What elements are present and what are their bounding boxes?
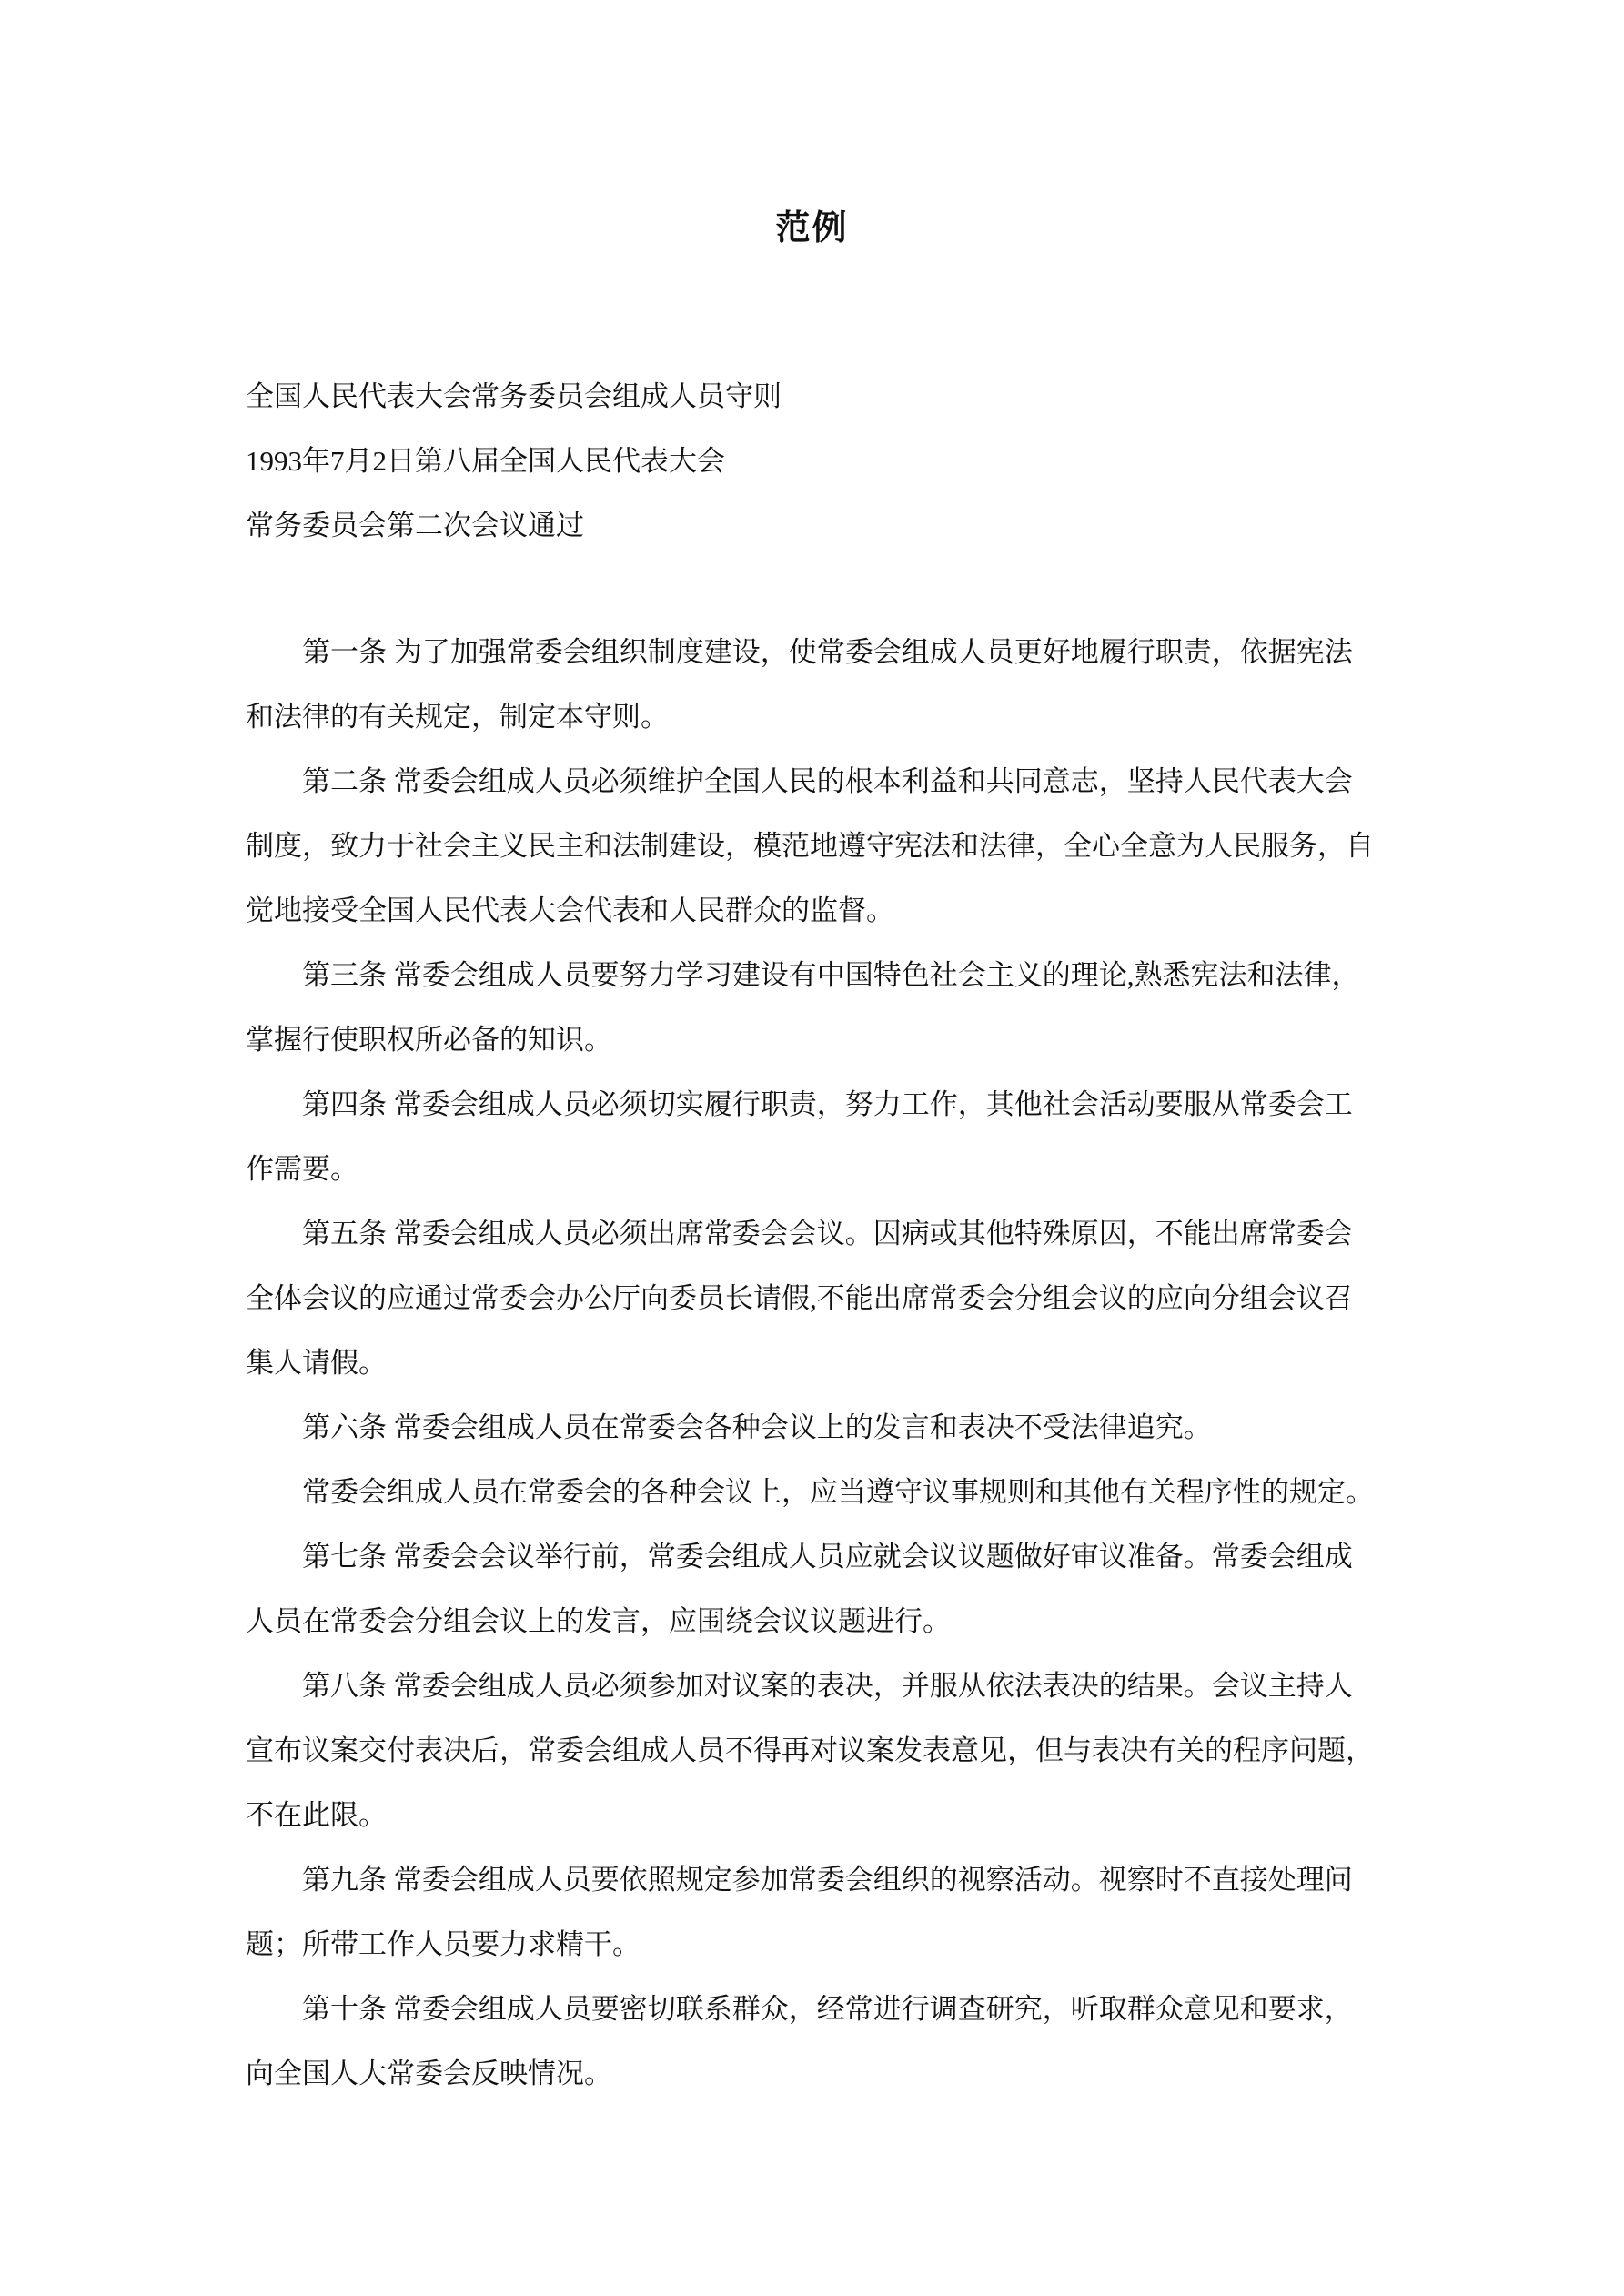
article-paragraph: 第七条 常委会会议举行前，常委会组成人员应就会议议题做好审议准备。常委会组成人员… <box>246 1524 1378 1654</box>
article-paragraph: 第十条 常委会组成人员要密切联系群众，经常进行调查研究，听取群众意见和要求，向全… <box>246 1977 1378 2106</box>
document-title: 范例 <box>246 207 1378 249</box>
article-paragraph: 第二条 常委会组成人员必须维护全国人民的根本利益和共同意志，坚持人民代表大会制度… <box>246 749 1378 943</box>
article-paragraph: 第八条 常委会组成人员必须参加对议案的表决，并服从依法表决的结果。会议主持人宣布… <box>246 1654 1378 1847</box>
article-paragraph: 第四条 常委会组成人员必须切实履行职责，努力工作，其他社会活动要服从常委会工作需… <box>246 1072 1378 1201</box>
article-paragraph: 第九条 常委会组成人员要依照规定参加常委会组织的视察活动。视察时不直接处理问题；… <box>246 1847 1378 1977</box>
header-line-document-name: 全国人民代表大会常务委员会组成人员守则 <box>246 364 1378 429</box>
header-line-adoption-session: 常务委员会第二次会议通过 <box>246 493 1378 558</box>
document-page: 范例 全国人民代表大会常务委员会组成人员守则 1993年7月2日第八届全国人民代… <box>0 0 1624 2296</box>
article-paragraph: 第六条 常委会组成人员在常委会各种会议上的发言和表决不受法律追究。 <box>246 1395 1378 1460</box>
article-paragraph: 第三条 常委会组成人员要努力学习建设有中国特色社会主义的理论,熟悉宪法和法律，掌… <box>246 943 1378 1072</box>
article-paragraph: 常委会组成人员在常委会的各种会议上，应当遵守议事规则和其他有关程序性的规定。 <box>246 1460 1378 1524</box>
document-header-block: 全国人民代表大会常务委员会组成人员守则 1993年7月2日第八届全国人民代表大会… <box>246 364 1378 558</box>
header-line-adoption-date: 1993年7月2日第八届全国人民代表大会 <box>246 429 1378 493</box>
document-body: 第一条 为了加强常委会组织制度建设，使常委会组成人员更好地履行职责，依据宪法和法… <box>246 620 1378 2106</box>
article-paragraph: 第一条 为了加强常委会组织制度建设，使常委会组成人员更好地履行职责，依据宪法和法… <box>246 620 1378 749</box>
article-paragraph: 第五条 常委会组成人员必须出席常委会会议。因病或其他特殊原因，不能出席常委会全体… <box>246 1201 1378 1395</box>
document-content: 范例 全国人民代表大会常务委员会组成人员守则 1993年7月2日第八届全国人民代… <box>246 0 1378 2106</box>
